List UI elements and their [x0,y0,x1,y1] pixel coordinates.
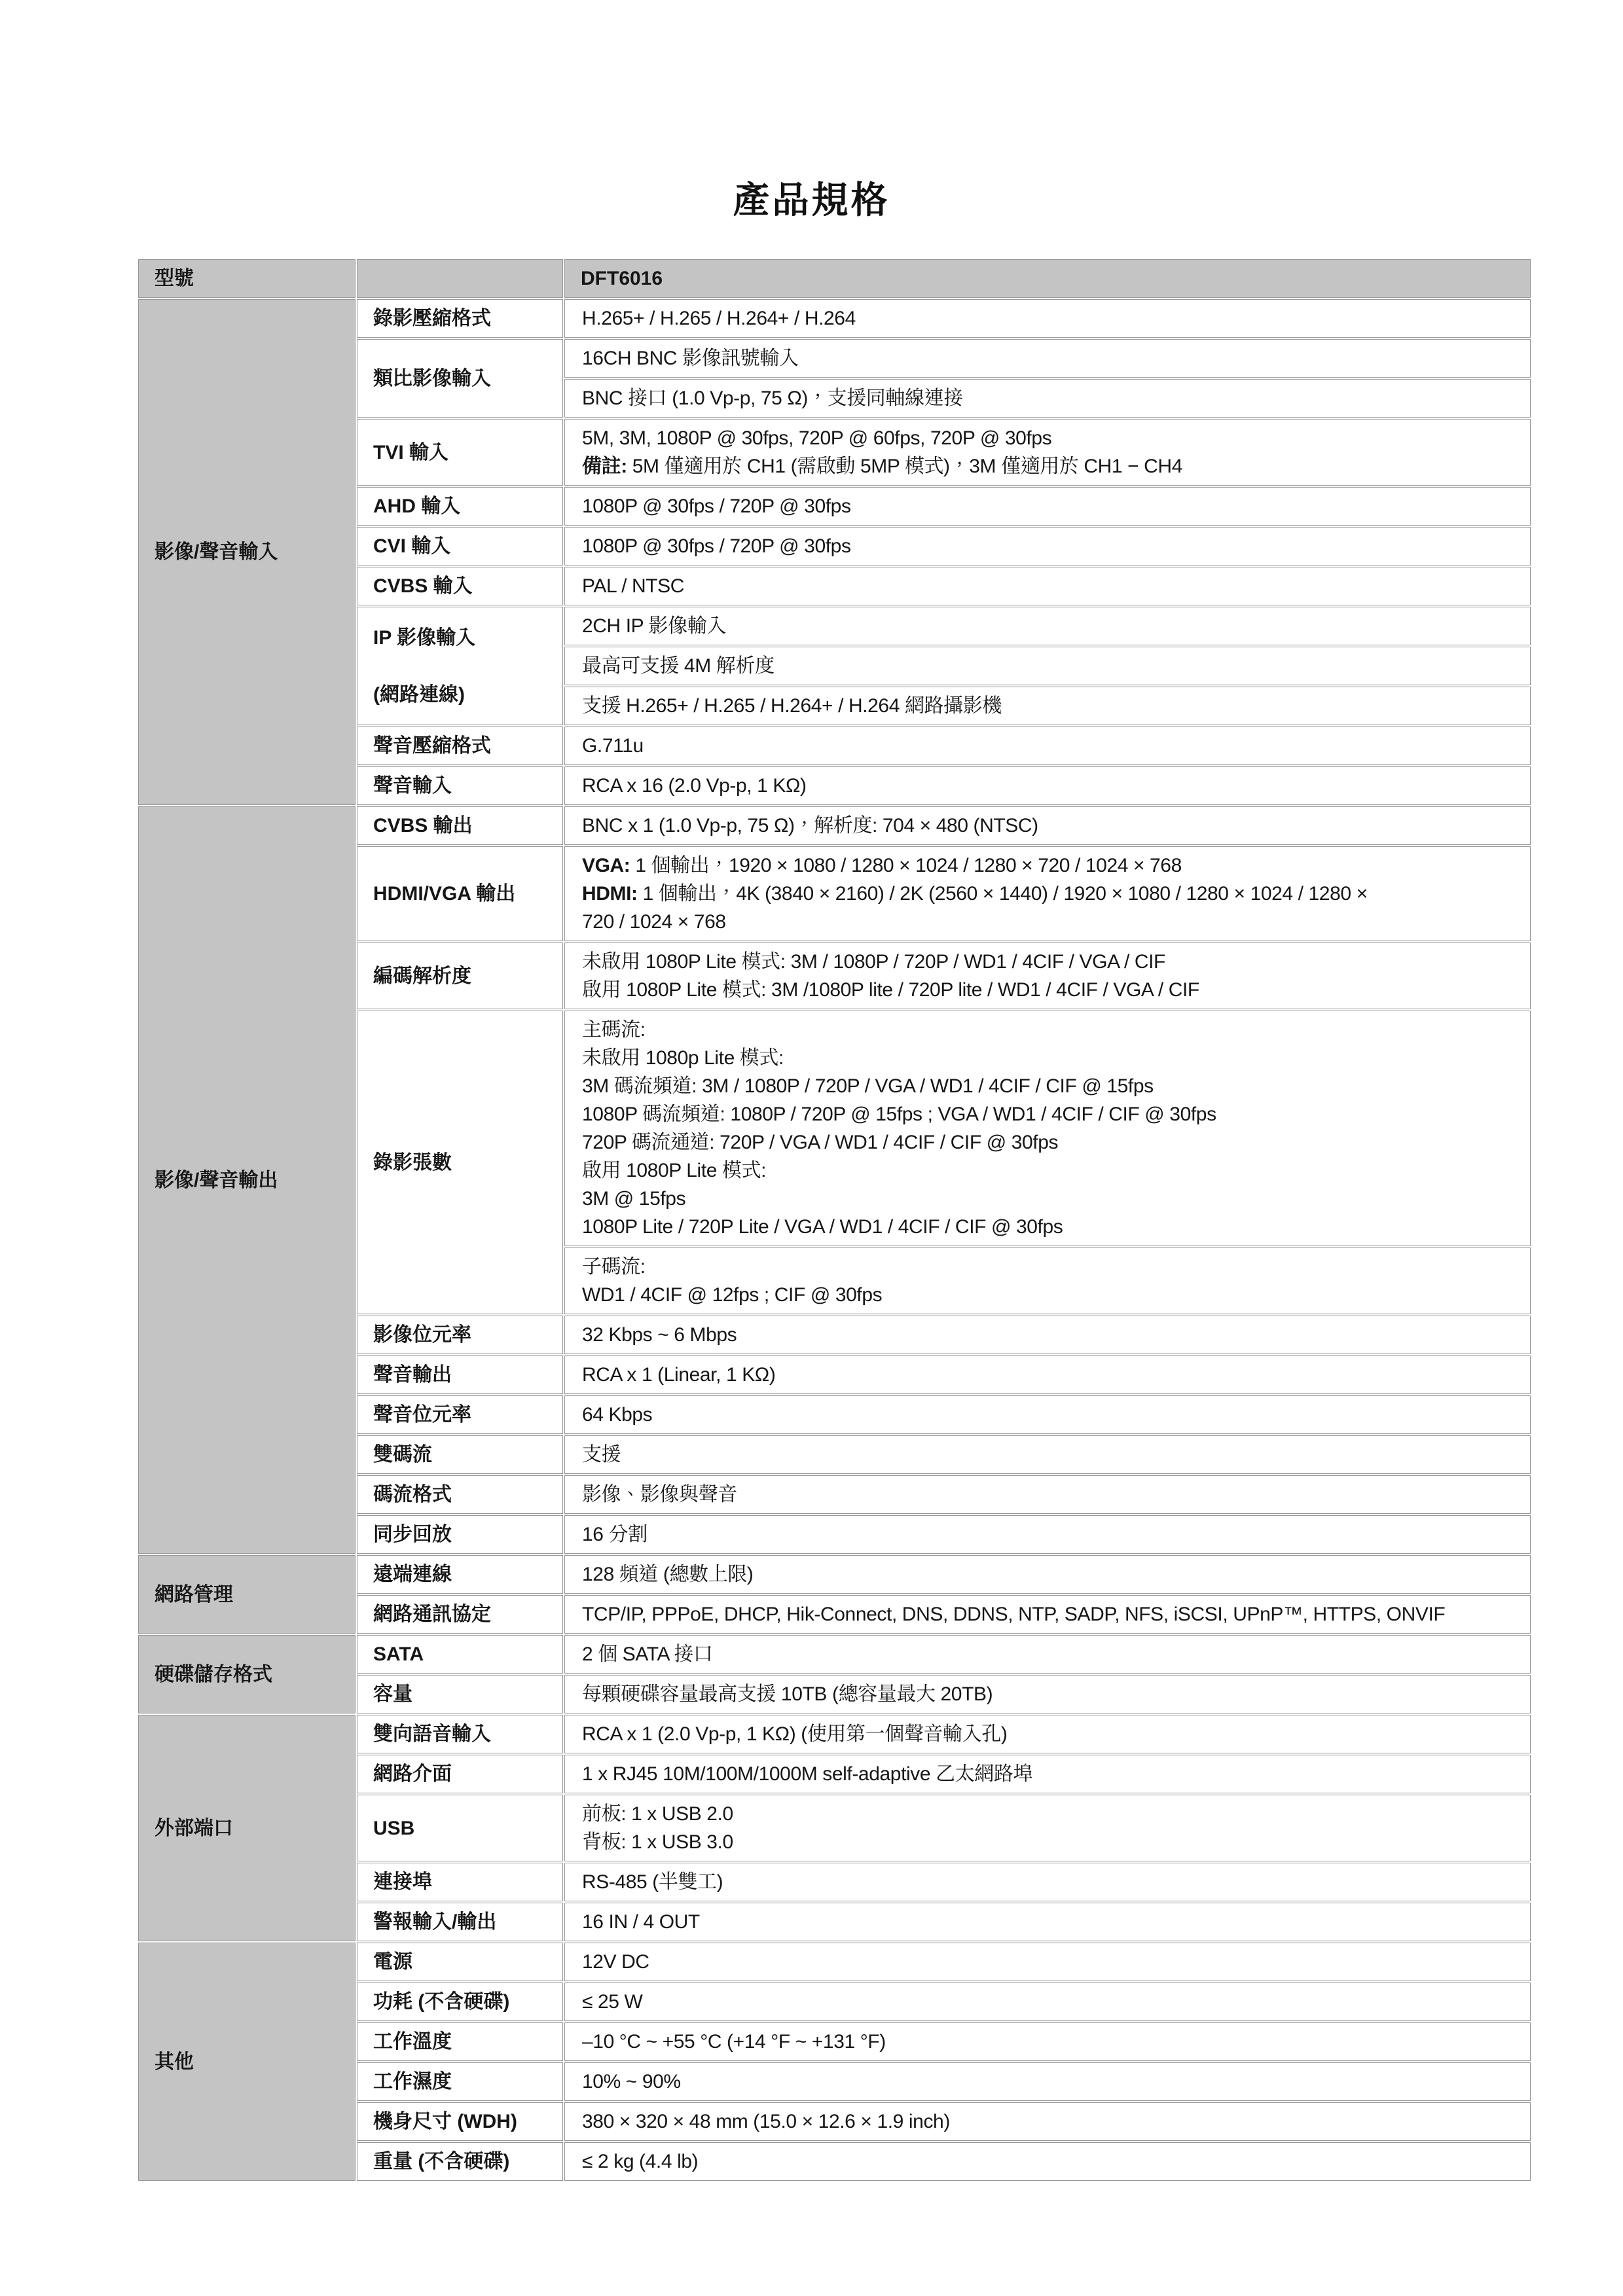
spec-value-cell: PAL / NTSC [564,567,1531,605]
spec-value-line: H.265+ / H.265 / H.264+ / H.264 [582,304,1514,332]
spec-label-line: 同步回放 [373,1520,547,1549]
spec-value-line: 1080P 碼流頻道: 1080P / 720P @ 15fps ; VGA /… [582,1100,1514,1128]
spec-value-cell: 5M, 3M, 1080P @ 30fps, 720P @ 60fps, 720… [564,419,1531,486]
spec-value-cell: 2CH IP 影像輸入 [564,607,1531,645]
spec-value-line: 16CH BNC 影像訊號輸入 [582,344,1514,372]
spec-value-line: 720 / 1024 × 768 [582,908,1514,936]
spec-value-line: PAL / NTSC [582,572,1514,600]
spec-value-cell: 最高可支援 4M 解析度 [564,647,1531,685]
spec-value-line: 5M, 3M, 1080P @ 30fps, 720P @ 60fps, 720… [582,424,1514,452]
spec-value-line: 12V DC [582,1948,1514,1976]
spec-value-cell: RCA x 1 (Linear, 1 KΩ) [564,1355,1531,1394]
model-value-cell: DFT6016 [564,259,1531,298]
spec-value-cell: ≤ 2 kg (4.4 lb) [564,2142,1531,2181]
spec-value-cell: VGA: 1 個輸出，1920 × 1080 / 1280 × 1024 / 1… [564,846,1531,941]
spec-label-line: 遠端連線 [373,1560,547,1588]
spec-label-line: 重量 (不含硬碟) [373,2147,547,2176]
spec-value-cell: –10 °C ~ +55 °C (+14 °F ~ +131 °F) [564,2022,1531,2061]
spec-value-cell: BNC x 1 (1.0 Vp-p, 75 Ω)，解析度: 704 × 480 … [564,806,1531,845]
spec-value-cell: 2 個 SATA 接口 [564,1635,1531,1674]
spec-label-cell: 工作濕度 [357,2062,563,2101]
spec-value-line: –10 °C ~ +55 °C (+14 °F ~ +131 °F) [582,2028,1514,2056]
spec-label-line: 電源 [373,1948,547,1976]
spec-sheet-page: 產品規格 型號 DFT6016 影像/聲音輸入錄影壓縮格式H.265+ / H.… [0,0,1623,2296]
spec-value-cell: 影像、影像與聲音 [564,1475,1531,1514]
spec-value-line: BNC x 1 (1.0 Vp-p, 75 Ω)，解析度: 704 × 480 … [582,812,1514,840]
spec-value-line: 10% ~ 90% [582,2068,1514,2096]
model-label-cell: 型號 [138,259,356,298]
spec-label-cell: USB [357,1795,563,1861]
spec-value-cell: 16 IN / 4 OUT [564,1903,1531,1941]
spec-label-cell: 容量 [357,1675,563,1713]
spec-value-cell: 12V DC [564,1943,1531,1981]
spec-label-cell: 功耗 (不含硬碟) [357,1982,563,2021]
spec-value-cell: 前板: 1 x USB 2.0背板: 1 x USB 3.0 [564,1795,1531,1861]
spec-label-line: 網路通訊協定 [373,1600,547,1628]
spec-value-cell: H.265+ / H.265 / H.264+ / H.264 [564,299,1531,338]
spec-label-line: 聲音壓縮格式 [373,732,547,760]
spec-label-line: 聲音輸出 [373,1361,547,1389]
spec-value-line: 影像、影像與聲音 [582,1480,1514,1509]
spec-value-cell: 1 x RJ45 10M/100M/1000M self-adaptive 乙太… [564,1755,1531,1793]
spec-label-line: TVI 輸入 [373,439,547,467]
spec-value-line: 最高可支援 4M 解析度 [582,652,1514,680]
spec-value-cell: 10% ~ 90% [564,2062,1531,2101]
spec-value-line: 1 x RJ45 10M/100M/1000M self-adaptive 乙太… [582,1760,1514,1788]
spec-label-line: 警報輸入/輸出 [373,1908,547,1936]
spec-label-line: AHD 輸入 [373,492,547,520]
spec-label-cell: 類比影像輸入 [357,339,563,418]
spec-value-line: 每顆硬碟容量最高支援 10TB (總容量最大 20TB) [582,1680,1514,1708]
spec-value-cell: 1080P @ 30fps / 720P @ 30fps [564,487,1531,526]
spec-label-line: 網路介面 [373,1760,547,1788]
spec-value-cell: 1080P @ 30fps / 720P @ 30fps [564,527,1531,565]
spec-label-line: 功耗 (不含硬碟) [373,1988,547,2016]
spec-value-bold-prefix: VGA: [582,855,630,876]
spec-label-cell: CVI 輸入 [357,527,563,565]
table-row: 影像/聲音輸入錄影壓縮格式H.265+ / H.265 / H.264+ / H… [138,299,1531,338]
spec-value-line: 子碼流: [582,1253,1514,1281]
spec-value-cell: BNC 接口 (1.0 Vp-p, 75 Ω)，支援同軸線連接 [564,379,1531,418]
spec-value-line: 支援 [582,1441,1514,1469]
spec-value-cell: 16 分割 [564,1515,1531,1554]
spec-label-line: 影像位元率 [373,1321,547,1349]
spec-label-cell: AHD 輸入 [357,487,563,526]
spec-label-line: 容量 [373,1680,547,1708]
spec-label-line: 類比影像輸入 [373,365,547,393]
spec-value-cell: 未啟用 1080P Lite 模式: 3M / 1080P / 720P / W… [564,942,1531,1009]
spec-label-line: 雙碼流 [373,1441,547,1469]
spec-value-line: 720P 碼流通道: 720P / VGA / WD1 / 4CIF / CIF… [582,1128,1514,1157]
spec-label-cell: 網路介面 [357,1755,563,1793]
spec-label-cell: 雙向語音輸入 [357,1715,563,1753]
spec-value-line: 前板: 1 x USB 2.0 [582,1800,1514,1828]
spec-label-cell: 編碼解析度 [357,942,563,1009]
spec-value-cell: 32 Kbps ~ 6 Mbps [564,1316,1531,1354]
section-cell: 其他 [138,1943,356,2181]
table-row: 其他電源12V DC [138,1943,1531,1981]
spec-value-line: TCP/IP, PPPoE, DHCP, Hik-Connect, DNS, D… [582,1600,1514,1628]
header-empty-cell [357,259,563,298]
spec-value-cell: TCP/IP, PPPoE, DHCP, Hik-Connect, DNS, D… [564,1595,1531,1634]
spec-label-line: 碼流格式 [373,1480,547,1509]
page-title: 產品規格 [0,0,1623,220]
spec-label-cell: 碼流格式 [357,1475,563,1514]
spec-value-cell: RCA x 1 (2.0 Vp-p, 1 KΩ) (使用第一個聲音輸入孔) [564,1715,1531,1753]
spec-value-cell: 16CH BNC 影像訊號輸入 [564,339,1531,378]
spec-value-line: RCA x 1 (Linear, 1 KΩ) [582,1361,1514,1389]
spec-value-line: 380 × 320 × 48 mm (15.0 × 12.6 × 1.9 inc… [582,2108,1514,2136]
spec-label-cell: 聲音輸入 [357,766,563,805]
spec-value-line: 啟用 1080P Lite 模式: [582,1157,1514,1185]
spec-label-cell: IP 影像輸入(網路連線) [357,607,563,725]
spec-label-cell: CVBS 輸出 [357,806,563,845]
spec-label-cell: 聲音輸出 [357,1355,563,1394]
spec-value-line: 1080P Lite / 720P Lite / VGA / WD1 / 4CI… [582,1213,1514,1241]
table-row: 外部端口雙向語音輸入RCA x 1 (2.0 Vp-p, 1 KΩ) (使用第一… [138,1715,1531,1753]
spec-label-line: 機身尺寸 (WDH) [373,2108,547,2136]
spec-label-cell: 遠端連線 [357,1555,563,1594]
spec-label-line: USB [373,1814,547,1842]
spec-value-cell: 子碼流:WD1 / 4CIF @ 12fps ; CIF @ 30fps [564,1247,1531,1314]
spec-label-cell: 聲音位元率 [357,1395,563,1434]
spec-label-cell: 雙碼流 [357,1435,563,1474]
spec-table: 型號 DFT6016 影像/聲音輸入錄影壓縮格式H.265+ / H.265 /… [137,258,1532,2182]
spec-value-line: ≤ 25 W [582,1988,1514,2016]
spec-label-line: 錄影壓縮格式 [373,304,547,332]
spec-label-cell: 連接埠 [357,1863,563,1901]
spec-label-line: CVBS 輸出 [373,812,547,840]
spec-label-line: 聲音輸入 [373,772,547,800]
spec-value-line: VGA: 1 個輸出，1920 × 1080 / 1280 × 1024 / 1… [582,852,1514,880]
spec-value-line: 備註: 5M 僅適用於 CH1 (需啟動 5MP 模式)，3M 僅適用於 CH1… [582,452,1514,480]
spec-value-line: 3M 碼流頻道: 3M / 1080P / 720P / VGA / WD1 /… [582,1072,1514,1100]
section-cell: 網路管理 [138,1555,356,1634]
spec-label-cell: 警報輸入/輸出 [357,1903,563,1941]
spec-label-line: 編碼解析度 [373,962,547,990]
spec-label-line: SATA [373,1640,547,1668]
spec-value-cell: 每顆硬碟容量最高支援 10TB (總容量最大 20TB) [564,1675,1531,1713]
spec-label-line: (網路連線) [373,681,547,709]
spec-value-cell: 支援 H.265+ / H.265 / H.264+ / H.264 網路攝影機 [564,687,1531,725]
spec-value-cell: ≤ 25 W [564,1982,1531,2021]
table-row: 影像/聲音輸出CVBS 輸出BNC x 1 (1.0 Vp-p, 75 Ω)，解… [138,806,1531,845]
spec-value-cell: RS-485 (半雙工) [564,1863,1531,1901]
spec-label-cell: 聲音壓縮格式 [357,726,563,765]
spec-value-cell: 主碼流:未啟用 1080p Lite 模式:3M 碼流頻道: 3M / 1080… [564,1011,1531,1246]
section-cell: 影像/聲音輸出 [138,806,356,1554]
spec-value-line: 3M @ 15fps [582,1185,1514,1213]
spec-value-cell: 128 頻道 (總數上限) [564,1555,1531,1594]
table-header-row: 型號 DFT6016 [138,259,1531,298]
table-row: 硬碟儲存格式SATA2 個 SATA 接口 [138,1635,1531,1674]
spec-value-bold-prefix: HDMI: [582,883,638,905]
spec-value-line: 未啟用 1080p Lite 模式: [582,1044,1514,1072]
spec-label-cell: 網路通訊協定 [357,1595,563,1634]
spec-label-cell: HDMI/VGA 輸出 [357,846,563,941]
spec-label-cell: 影像位元率 [357,1316,563,1354]
spec-label-line: 工作濕度 [373,2068,547,2096]
spec-value-cell: 380 × 320 × 48 mm (15.0 × 12.6 × 1.9 inc… [564,2102,1531,2141]
spec-value-line: 1080P @ 30fps / 720P @ 30fps [582,532,1514,560]
spec-value-line: G.711u [582,732,1514,760]
spec-label-line: HDMI/VGA 輸出 [373,880,547,908]
spec-label-line: CVI 輸入 [373,532,547,560]
spec-label-cell: 重量 (不含硬碟) [357,2142,563,2181]
spec-value-line: WD1 / 4CIF @ 12fps ; CIF @ 30fps [582,1281,1514,1309]
spec-label-line: 聲音位元率 [373,1401,547,1429]
spec-label-line: 錄影張數 [373,1149,547,1177]
spec-label-cell: CVBS 輸入 [357,567,563,605]
spec-value-cell: 64 Kbps [564,1395,1531,1434]
spec-label-cell: 電源 [357,1943,563,1981]
spec-value-cell: 支援 [564,1435,1531,1474]
spec-value-line: RCA x 16 (2.0 Vp-p, 1 KΩ) [582,772,1514,800]
spec-value-line: 主碼流: [582,1016,1514,1044]
spec-label-line: IP 影像輸入 [373,624,547,652]
spec-label-cell: 錄影張數 [357,1011,563,1314]
spec-label-cell: 同步回放 [357,1515,563,1554]
spec-value-line: ≤ 2 kg (4.4 lb) [582,2147,1514,2176]
spec-value-line: HDMI: 1 個輸出，4K (3840 × 2160) / 2K (2560 … [582,880,1514,908]
spec-label-cell: 機身尺寸 (WDH) [357,2102,563,2141]
spec-label-cell: 錄影壓縮格式 [357,299,563,338]
spec-value-line: 2CH IP 影像輸入 [582,612,1514,640]
spec-label-line: 工作溫度 [373,2028,547,2056]
spec-value-line: 2 個 SATA 接口 [582,1640,1514,1668]
section-cell: 外部端口 [138,1715,356,1941]
spec-value-cell: G.711u [564,726,1531,765]
spec-value-line: 啟用 1080P Lite 模式: 3M /1080P lite / 720P … [582,976,1514,1004]
spec-label-cell: SATA [357,1635,563,1674]
spec-label-line: CVBS 輸入 [373,572,547,600]
spec-value-line: 背板: 1 x USB 3.0 [582,1828,1514,1856]
spec-value-line: 128 頻道 (總數上限) [582,1560,1514,1588]
spec-label-line: 連接埠 [373,1868,547,1896]
spec-value-line: 支援 H.265+ / H.265 / H.264+ / H.264 網路攝影機 [582,692,1514,720]
spec-value-line: 1080P @ 30fps / 720P @ 30fps [582,492,1514,520]
spec-value-line: 32 Kbps ~ 6 Mbps [582,1321,1514,1349]
spec-value-line: 64 Kbps [582,1401,1514,1429]
spec-label-line: 雙向語音輸入 [373,1720,547,1748]
spec-value-line: BNC 接口 (1.0 Vp-p, 75 Ω)，支援同軸線連接 [582,384,1514,412]
spec-value-line: 未啟用 1080P Lite 模式: 3M / 1080P / 720P / W… [582,948,1514,976]
spec-value-line: 16 分割 [582,1520,1514,1549]
spec-value-line: 16 IN / 4 OUT [582,1908,1514,1936]
spec-table-body: 型號 DFT6016 影像/聲音輸入錄影壓縮格式H.265+ / H.265 /… [138,259,1531,2181]
spec-label-cell: 工作溫度 [357,2022,563,2061]
table-row: 網路管理遠端連線128 頻道 (總數上限) [138,1555,1531,1594]
spec-value-line: RS-485 (半雙工) [582,1868,1514,1896]
spec-label-cell: TVI 輸入 [357,419,563,486]
spec-value-line: RCA x 1 (2.0 Vp-p, 1 KΩ) (使用第一個聲音輸入孔) [582,1720,1514,1748]
section-cell: 硬碟儲存格式 [138,1635,356,1713]
section-cell: 影像/聲音輸入 [138,299,356,805]
spec-value-cell: RCA x 16 (2.0 Vp-p, 1 KΩ) [564,766,1531,805]
spec-value-bold-prefix: 備註: [582,456,627,477]
